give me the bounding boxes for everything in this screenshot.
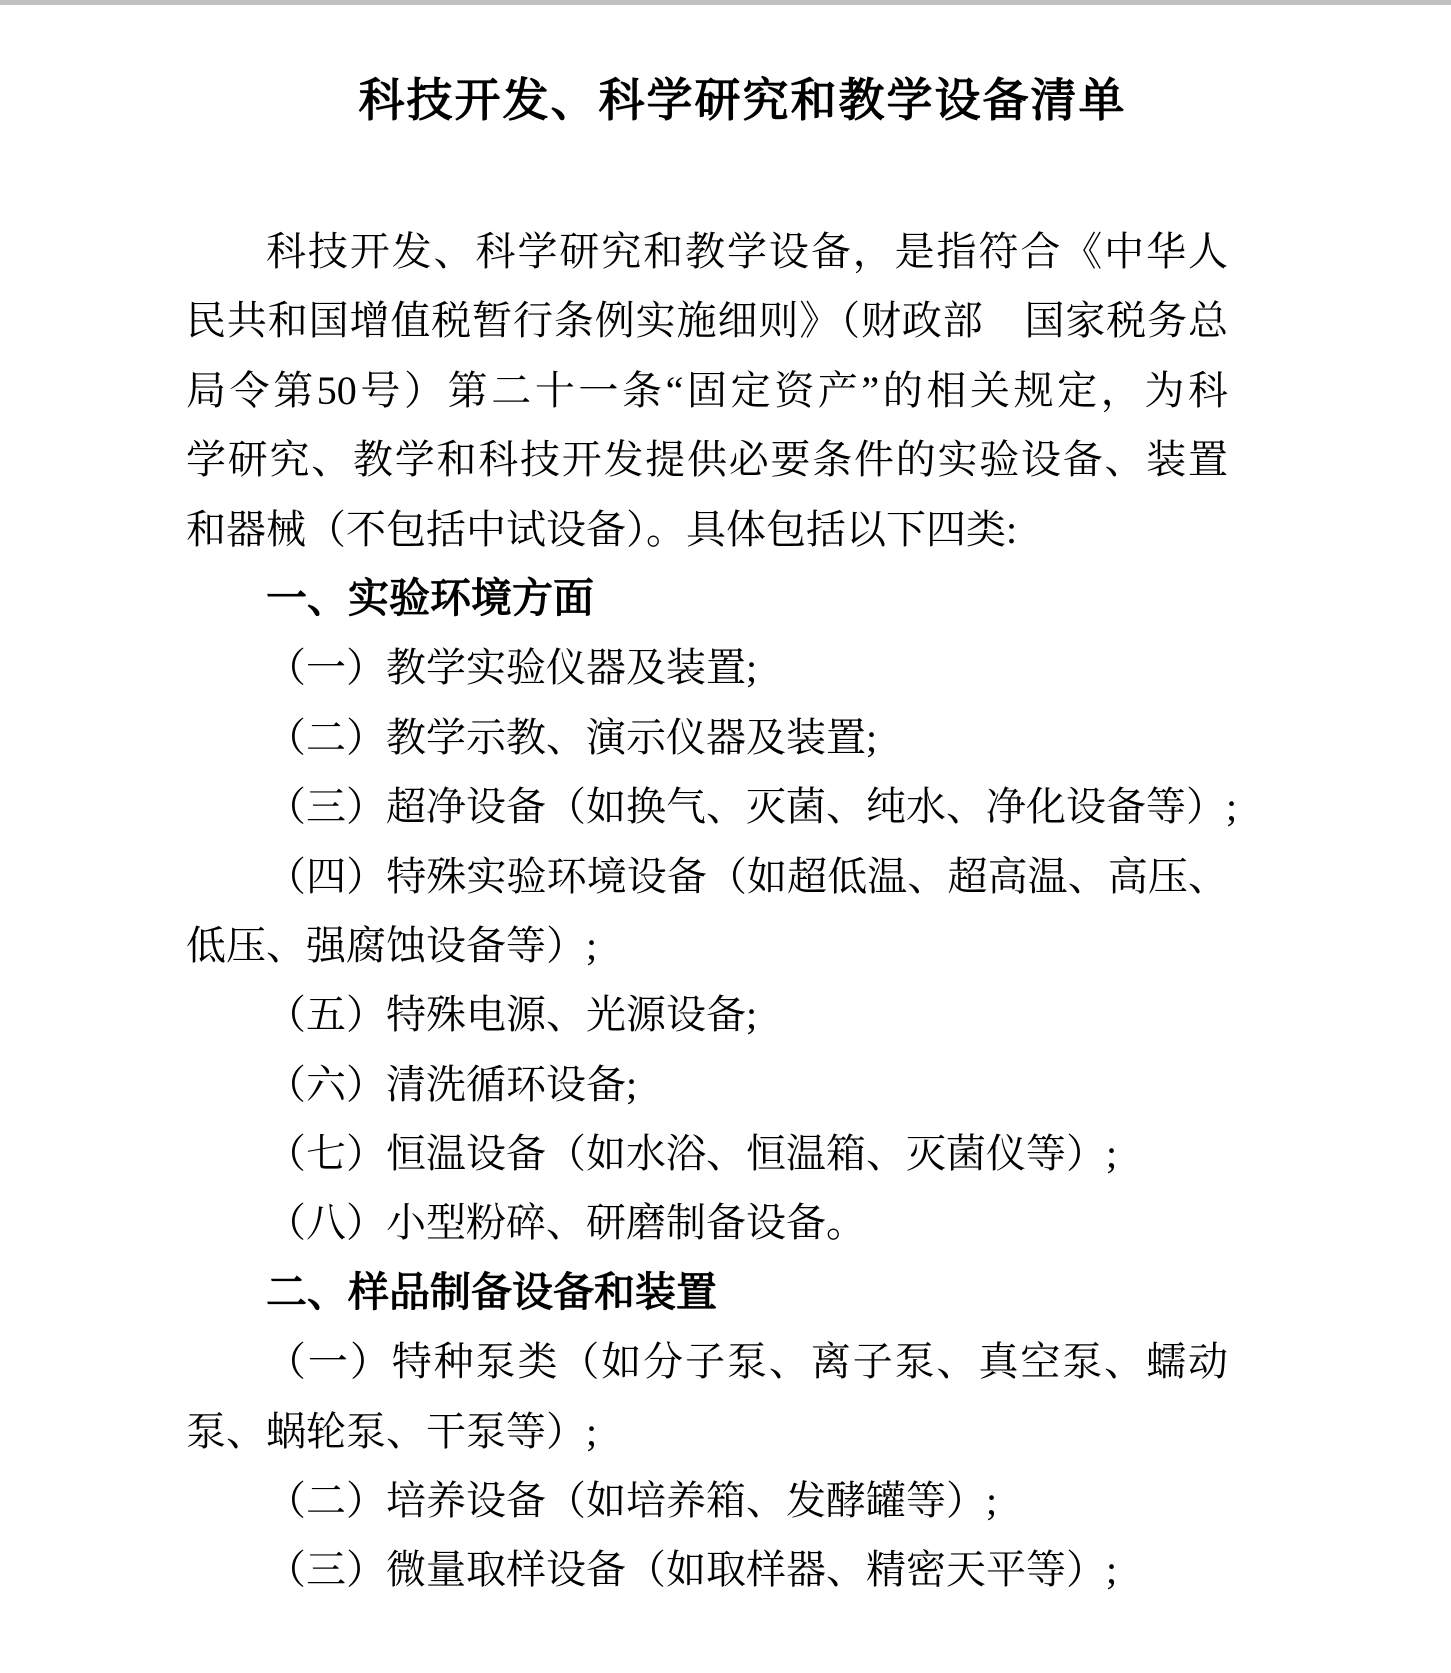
list-item: （七）恒温设备（如水浴、恒温箱、灭菌仪等）;: [186, 1119, 1228, 1188]
paragraph-line: 学研究、教学和科技开发提供必要条件的实验设备、装置: [186, 425, 1228, 494]
document-body: 科技开发、科学研究和教学设备，是指符合《中华人 民共和国增值税暂行条例实施细则》…: [186, 217, 1228, 1605]
list-item: （二）教学示教、演示仪器及装置;: [186, 703, 1228, 772]
list-item-wrap: 泵、蜗轮泵、干泵等）;: [186, 1397, 1228, 1466]
list-item: （五）特殊电源、光源设备;: [186, 980, 1228, 1049]
section-heading-1: 一、实验环境方面: [186, 564, 1228, 633]
list-item: （三）微量取样设备（如取样器、精密天平等）;: [186, 1535, 1228, 1604]
top-border-bar: [0, 0, 1451, 5]
paragraph-line: 科技开发、科学研究和教学设备，是指符合《中华人: [186, 217, 1228, 286]
list-item: （二）培养设备（如培养箱、发酵罐等）;: [186, 1466, 1228, 1535]
document-title: 科技开发、科学研究和教学设备清单: [0, 76, 1451, 127]
paragraph-line: 民共和国增值税暂行条例实施细则》（财政部 国家税务总: [186, 286, 1228, 355]
list-item: （一）特种泵类（如分子泵、离子泵、真空泵、蠕动: [186, 1327, 1228, 1396]
list-item: （四）特殊实验环境设备（如超低温、超高温、高压、: [186, 842, 1228, 911]
list-item-wrap: 低压、强腐蚀设备等）;: [186, 911, 1228, 980]
paragraph-line: 局令第50号）第二十一条“固定资产”的相关规定，为科: [186, 356, 1228, 425]
list-item: （一）教学实验仪器及装置;: [186, 633, 1228, 702]
paragraph-line: 和器械（不包括中试设备）。具体包括以下四类:: [186, 495, 1228, 564]
list-item: （六）清洗循环设备;: [186, 1050, 1228, 1119]
list-item: （三）超净设备（如换气、灭菌、纯水、净化设备等）;: [186, 772, 1228, 841]
section-heading-2: 二、样品制备设备和装置: [186, 1258, 1228, 1327]
document-page: 科技开发、科学研究和教学设备清单 科技开发、科学研究和教学设备，是指符合《中华人…: [0, 0, 1451, 1673]
list-item: （八）小型粉碎、研磨制备设备。: [186, 1188, 1228, 1257]
